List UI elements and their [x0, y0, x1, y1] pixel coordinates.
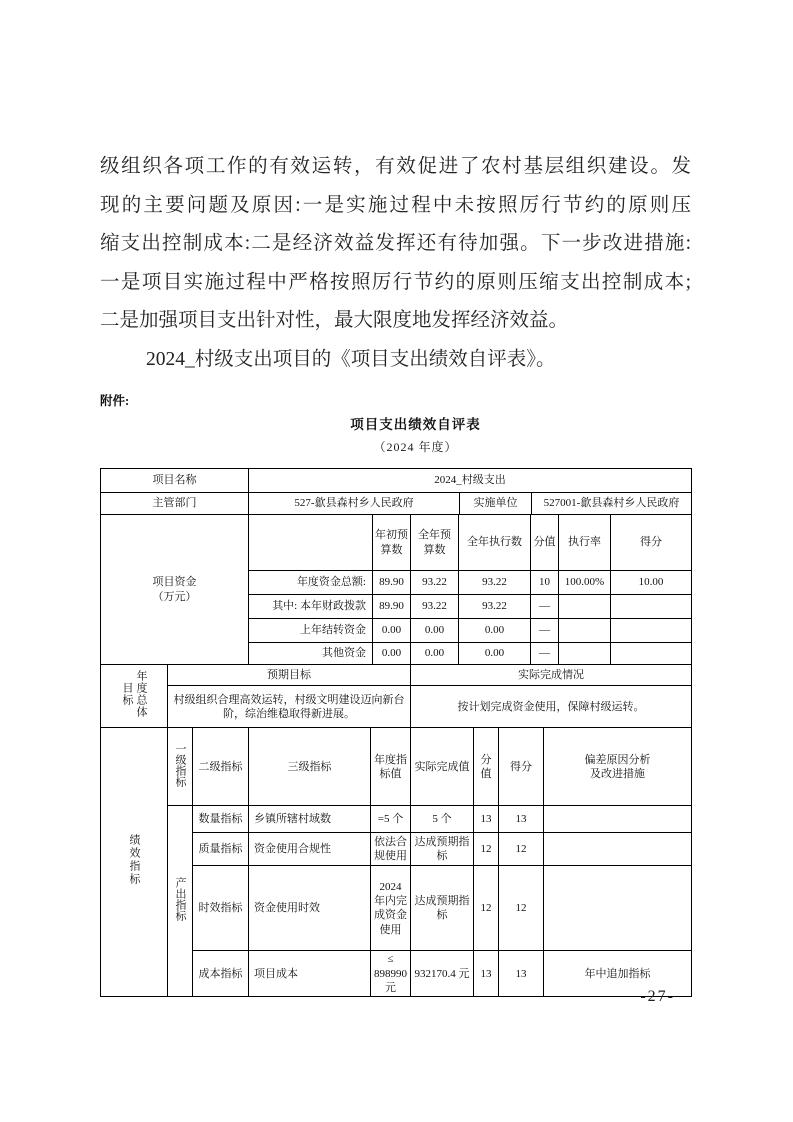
table-title: 项目支出绩效自评表 [140, 413, 691, 433]
level3-indicator: 资金使用时效 [249, 866, 371, 951]
actual-value: 932170.4 元 [411, 951, 474, 997]
level2-indicator: 数量指标 [193, 806, 249, 833]
funds-cell: — [531, 643, 559, 665]
page-number: -27- [640, 988, 675, 1006]
points: 12 [499, 833, 544, 866]
level3-indicator: 资金使用合规性 [249, 833, 371, 866]
funds-header-initial-budget: 年初预算数 [373, 515, 411, 571]
actual-completion-header: 实际完成情况 [411, 665, 692, 686]
annual-target: 依法合规使用 [371, 833, 411, 866]
body-paragraph: 级组织各项工作的有效运转，有效促进了农村基层组织建设。发 现的主要问题及原因:一… [100, 148, 691, 379]
funds-cell: 0.00 [373, 643, 411, 665]
deviation [544, 806, 692, 833]
self-evaluation-table: 项目名称 2024_村级支出 主管部门 527-歙县森村乡人民政府 实施单位 5… [100, 468, 692, 997]
table-row: 年度总体目标 预期目标 实际完成情况 [101, 665, 692, 686]
score-value: 12 [474, 833, 499, 866]
deviation [544, 866, 692, 951]
level3-indicator: 项目成本 [249, 951, 371, 997]
level1-indicator-header: 一级指标 [168, 728, 193, 806]
funds-header-annual-budget: 全年预算数 [411, 515, 459, 571]
funds-cell: 0.00 [373, 619, 411, 643]
document-page: 级组织各项工作的有效运转，有效促进了农村基层组织建设。发 现的主要问题及原因:一… [0, 0, 793, 1122]
annual-target: ≤ 898990 元 [371, 951, 411, 997]
table-row: 产出指标 数量指标 乡镇所辖村域数 =5 个 5 个 13 13 [101, 806, 692, 833]
funds-cell: 0.00 [459, 619, 531, 643]
project-funds-section: 项目资金（万元） 年初预算数 全年预算数 全年执行数 分值 执行率 得分 年度资… [100, 514, 692, 665]
funds-cell: 93.22 [411, 595, 459, 619]
score-value: 13 [474, 951, 499, 997]
funds-cell: — [531, 619, 559, 643]
table-row: 村级组织合理高效运转，村级文明建设迈向新台阶，综治维稳取得新进展。 按计划完成资… [101, 686, 692, 728]
paragraph-line-6: 2024_村级支出项目的《项目支出绩效自评表》。 [100, 341, 691, 380]
funds-cell [611, 619, 692, 643]
funds-cell: 93.22 [459, 595, 531, 619]
level2-indicator: 成本指标 [193, 951, 249, 997]
annual-goal-section: 年度总体目标 预期目标 实际完成情况 村级组织合理高效运转，村级文明建设迈向新台… [100, 664, 692, 728]
annual-target: 2024 年内完成资金使用 [371, 866, 411, 951]
project-name-label: 项目名称 [101, 469, 249, 493]
actual-value: 达成预期指标 [411, 833, 474, 866]
performance-section: 绩效指标 一级指标 二级指标 三级指标 年度指标值 实际完成值 分值 得分 偏差… [100, 727, 692, 997]
level2-indicator: 质量指标 [193, 833, 249, 866]
funds-cell: 100.00% [559, 571, 611, 595]
funds-cell: 89.90 [373, 571, 411, 595]
funds-cell: 0.00 [411, 619, 459, 643]
funds-header-score: 得分 [611, 515, 692, 571]
table-row: 绩效指标 一级指标 二级指标 三级指标 年度指标值 实际完成值 分值 得分 偏差… [101, 728, 692, 806]
page-content: 级组织各项工作的有效运转，有效促进了农村基层组织建设。发 现的主要问题及原因:一… [100, 148, 691, 997]
funds-row-label: 年度资金总额: [249, 571, 373, 595]
level3-indicator: 乡镇所辖村域数 [249, 806, 371, 833]
empty-cell [249, 515, 373, 571]
funds-row-label: 其中: 本年财政拨款 [249, 595, 373, 619]
score-value: 13 [474, 806, 499, 833]
paragraph-line-4: 一是项目实施过程中严格按照厉行节约的原则压缩支出控制成本; [100, 264, 691, 303]
points: 13 [499, 951, 544, 997]
table-subtitle: （2024 年度） [140, 438, 691, 455]
actual-completion-text: 按计划完成资金使用，保障村级运转。 [411, 686, 692, 728]
performance-section-label: 绩效指标 [101, 728, 168, 997]
attachment-label: 附件: [100, 391, 691, 409]
funds-header-executed: 全年执行数 [459, 515, 531, 571]
paragraph-line-3: 缩支出控制成本:二是经济效益发挥还有待加强。下一步改进措施: [100, 225, 691, 264]
paragraph-line-2: 现的主要问题及原因:一是实施过程中未按照厉行节约的原则压 [100, 187, 691, 226]
funds-cell: 93.22 [411, 571, 459, 595]
table-row: 项目资金（万元） 年初预算数 全年预算数 全年执行数 分值 执行率 得分 [101, 515, 692, 571]
expected-goal-header: 预期目标 [168, 665, 411, 686]
funds-section-label: 项目资金（万元） [101, 515, 249, 665]
points-header: 得分 [499, 728, 544, 806]
funds-cell: — [531, 595, 559, 619]
funds-cell [559, 619, 611, 643]
annual-target-header: 年度指标值 [371, 728, 411, 806]
deviation [544, 833, 692, 866]
paragraph-line-1: 级组织各项工作的有效运转，有效促进了农村基层组织建设。发 [100, 148, 691, 187]
department-label: 主管部门 [101, 493, 249, 515]
funds-cell: 89.90 [373, 595, 411, 619]
funds-cell [611, 643, 692, 665]
level2-indicator: 时效指标 [193, 866, 249, 951]
points: 12 [499, 866, 544, 951]
implement-unit-value: 527001-歙县森村乡人民政府 [532, 493, 692, 515]
funds-cell [559, 595, 611, 619]
level2-indicator-header: 二级指标 [193, 728, 249, 806]
funds-cell: 0.00 [411, 643, 459, 665]
annual-target: =5 个 [371, 806, 411, 833]
funds-cell: 10.00 [611, 571, 692, 595]
score-value-header: 分值 [474, 728, 499, 806]
funds-cell: 93.22 [459, 571, 531, 595]
implement-unit-label: 实施单位 [460, 493, 532, 515]
funds-row-label: 其他资金 [249, 643, 373, 665]
actual-value: 5 个 [411, 806, 474, 833]
table-row: 项目名称 2024_村级支出 [101, 469, 692, 493]
paragraph-line-5: 二是加强项目支出针对性，最大限度地发挥经济效益。 [100, 302, 691, 341]
score-value: 12 [474, 866, 499, 951]
basic-info-section: 项目名称 2024_村级支出 主管部门 527-歙县森村乡人民政府 实施单位 5… [100, 468, 692, 515]
level1-indicator-value: 产出指标 [168, 806, 193, 997]
actual-value: 达成预期指标 [411, 866, 474, 951]
funds-header-score-value: 分值 [531, 515, 559, 571]
table-title-block: 项目支出绩效自评表 （2024 年度） [100, 413, 691, 455]
department-value: 527-歙县森村乡人民政府 [249, 493, 460, 515]
table-row: 主管部门 527-歙县森村乡人民政府 实施单位 527001-歙县森村乡人民政府 [101, 493, 692, 515]
funds-cell [559, 643, 611, 665]
funds-cell: 0.00 [459, 643, 531, 665]
funds-header-execution-rate: 执行率 [559, 515, 611, 571]
actual-value-header: 实际完成值 [411, 728, 474, 806]
points: 13 [499, 806, 544, 833]
level3-indicator-header: 三级指标 [249, 728, 371, 806]
expected-goal-text: 村级组织合理高效运转，村级文明建设迈向新台阶，综治维稳取得新进展。 [168, 686, 411, 728]
funds-cell [611, 595, 692, 619]
funds-cell: 10 [531, 571, 559, 595]
funds-row-label: 上年结转资金 [249, 619, 373, 643]
project-name-value: 2024_村级支出 [249, 469, 692, 493]
annual-goal-section-label: 年度总体目标 [101, 665, 168, 728]
deviation-header: 偏差原因分析及改进措施 [544, 728, 692, 806]
